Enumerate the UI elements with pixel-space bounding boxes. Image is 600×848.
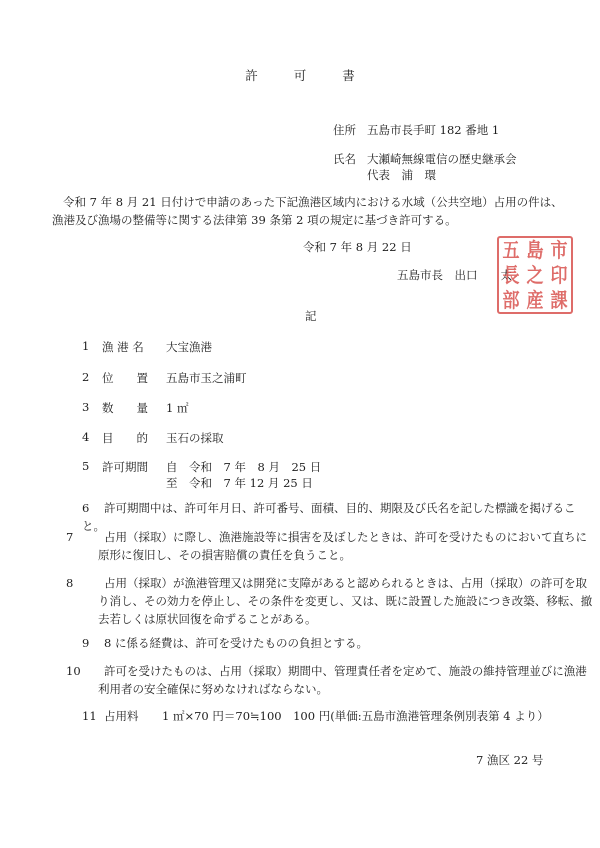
condition-9: 98 に係る経費は、許可を受けたものの負担とする。 [82, 634, 582, 652]
condition-10: 10許可を受けたものは、占用（採取）期間中、管理責任者を定めて、施設の維持管理並… [82, 662, 598, 698]
issuer-name: 五島市長 出口 太 [397, 267, 512, 283]
condition-7: 7占用（採取）に際し、漁港施設等に損害を及ぼしたときは、許可を受けたものにおいて… [82, 528, 598, 564]
address-label: 住所 [333, 122, 356, 138]
official-seal: 五 島 市 長 之 印 部 産 課 [497, 236, 573, 314]
issue-date: 令和 7 年 8 月 22 日 [303, 239, 412, 255]
address-value: 五島市長手町 182 番地 1 [367, 122, 499, 138]
ki-heading: 記 [305, 308, 317, 324]
permit-body-text: 令和 7 年 8 月 21 日付けで申請のあった下記漁港区域内における水域（公共… [52, 193, 572, 229]
representative-name: 代表 浦 環 [367, 167, 436, 183]
condition-8: 8占用（採取）が漁港管理又は開発に支障があると認められるときは、占用（採取）の許… [82, 574, 598, 628]
document-title: 許 可 書 [0, 66, 600, 84]
occupancy-fee: 11占用料1 ㎡×70 円＝70≒100 100 円(単価:五島市漁港管理条例別… [82, 708, 549, 724]
organization-name: 大瀬崎無線電信の歴史継承会 [367, 151, 517, 167]
name-label: 氏名 [333, 151, 356, 167]
reference-number: 7 漁区 22 号 [476, 752, 543, 768]
